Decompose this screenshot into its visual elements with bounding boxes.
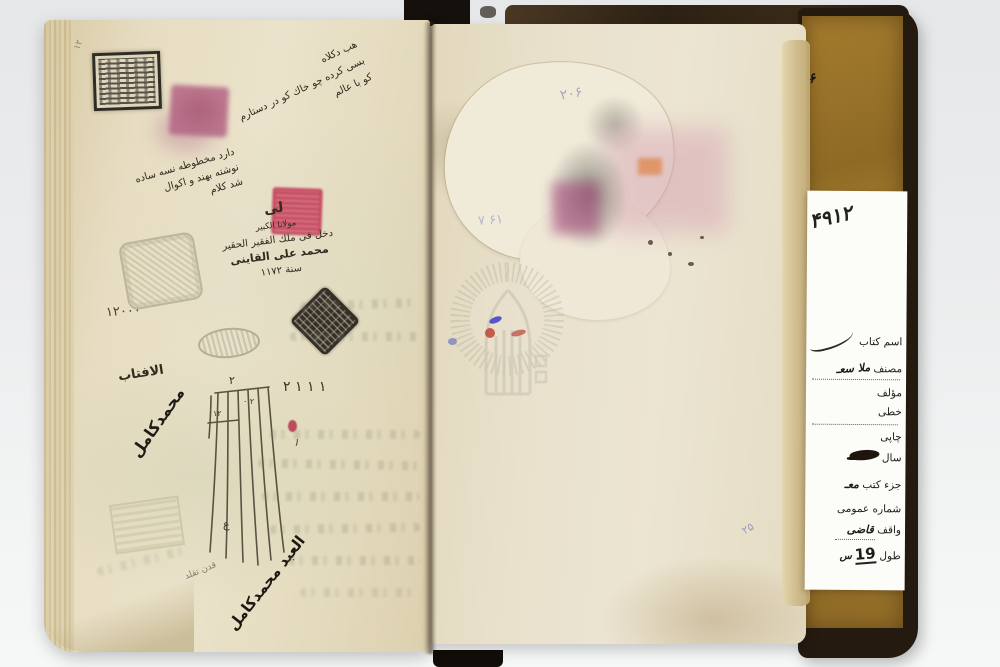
pen-stroke bbox=[807, 326, 856, 354]
crimson-stamp-smear bbox=[156, 108, 216, 152]
grid-bottom-mark: ع bbox=[223, 518, 230, 531]
ink-spot bbox=[480, 6, 496, 18]
dotted-line bbox=[812, 379, 900, 381]
ink-speck bbox=[648, 240, 653, 245]
ink-speck bbox=[688, 262, 694, 266]
show-through-text bbox=[300, 588, 418, 597]
library-catalog-card: ۴۹۱۲ اسم كتاب مصنف ملا سعـ مؤلف خطی چاپی… bbox=[805, 191, 908, 591]
page-corner-shading bbox=[44, 580, 194, 652]
hand-drawn-grid-jadval: ۲ ۰ ۲ ۱۲ ع bbox=[203, 376, 295, 576]
card-field-row: طول 19 س bbox=[807, 547, 901, 565]
grid-digit-above: ۲ bbox=[229, 376, 235, 387]
card-field-row: شماره عمومی bbox=[807, 503, 901, 516]
page-edge-stack bbox=[44, 20, 74, 652]
gutter-shadow bbox=[424, 22, 436, 654]
field-value: معـ bbox=[844, 478, 859, 491]
card-field-row: مصنف ملا سعـ bbox=[808, 362, 902, 376]
card-field-row: خطی bbox=[808, 406, 902, 419]
field-value: ملا سعـ bbox=[836, 361, 871, 376]
grid-digit-row: ۰ ۲ bbox=[243, 397, 254, 406]
card-field-row: مؤلف bbox=[808, 387, 902, 400]
spine-bottom-edge bbox=[433, 650, 503, 667]
photo-of-open-manuscript: ۱۳۶۶ ۱۶۱ ۷/۸ ۱۲ هب دكلاه بسی كرده چو خاك… bbox=[0, 0, 1000, 667]
field-label: واقف bbox=[877, 524, 901, 536]
ink-speck bbox=[668, 252, 672, 256]
field-label: چاپی bbox=[880, 431, 901, 443]
card-field-row: واقف قاضى bbox=[807, 523, 901, 537]
card-field-row: چاپی bbox=[808, 431, 902, 444]
ink-speck bbox=[700, 236, 704, 239]
length-value: 19 bbox=[855, 546, 877, 565]
grid-digit-left: ۱۲ bbox=[213, 409, 222, 418]
black-square-seal bbox=[92, 51, 162, 111]
field-label: مصنف bbox=[873, 363, 902, 375]
field-label: سال bbox=[882, 452, 902, 464]
length-unit: س bbox=[840, 551, 852, 562]
card-field-row: جزء كتب معـ bbox=[807, 478, 901, 492]
dotted-line bbox=[812, 424, 898, 426]
field-value: قاضى bbox=[847, 523, 874, 536]
emblem-dome-icon bbox=[462, 286, 554, 402]
show-through-text bbox=[262, 492, 420, 501]
faded-gray-seal bbox=[118, 231, 205, 311]
field-label: طول bbox=[879, 550, 901, 562]
shelf-number: ۴۹۱۲ bbox=[807, 200, 854, 233]
dotted-line bbox=[835, 539, 875, 540]
show-through-text bbox=[270, 430, 420, 439]
red-ink-dot bbox=[485, 328, 495, 338]
magenta-blot-stain bbox=[552, 182, 600, 234]
field-label: اسم كتاب bbox=[859, 336, 902, 348]
faded-rect-seal bbox=[109, 495, 185, 554]
field-label: خطی bbox=[878, 406, 902, 418]
orange-drop-stain bbox=[638, 158, 662, 175]
price-numeral: ۱۲۰۰۰ bbox=[106, 303, 142, 320]
show-through-text bbox=[288, 556, 420, 565]
field-label: جزء كتب bbox=[862, 479, 901, 491]
seal-calligraphy-texture bbox=[98, 57, 156, 105]
ownership-statement-block: لی مولانا الكبير دخل فی ملك الفقير الحقي… bbox=[214, 192, 341, 286]
blue-ink-smudge bbox=[448, 338, 457, 345]
field-label: مؤلف bbox=[877, 387, 902, 399]
show-through-text bbox=[290, 332, 420, 341]
library-blind-stamp-emblem bbox=[448, 262, 566, 402]
field-label: شماره عمومی bbox=[837, 503, 901, 515]
blue-pencil-number-mid: ۷ ۶۱ bbox=[478, 212, 504, 229]
